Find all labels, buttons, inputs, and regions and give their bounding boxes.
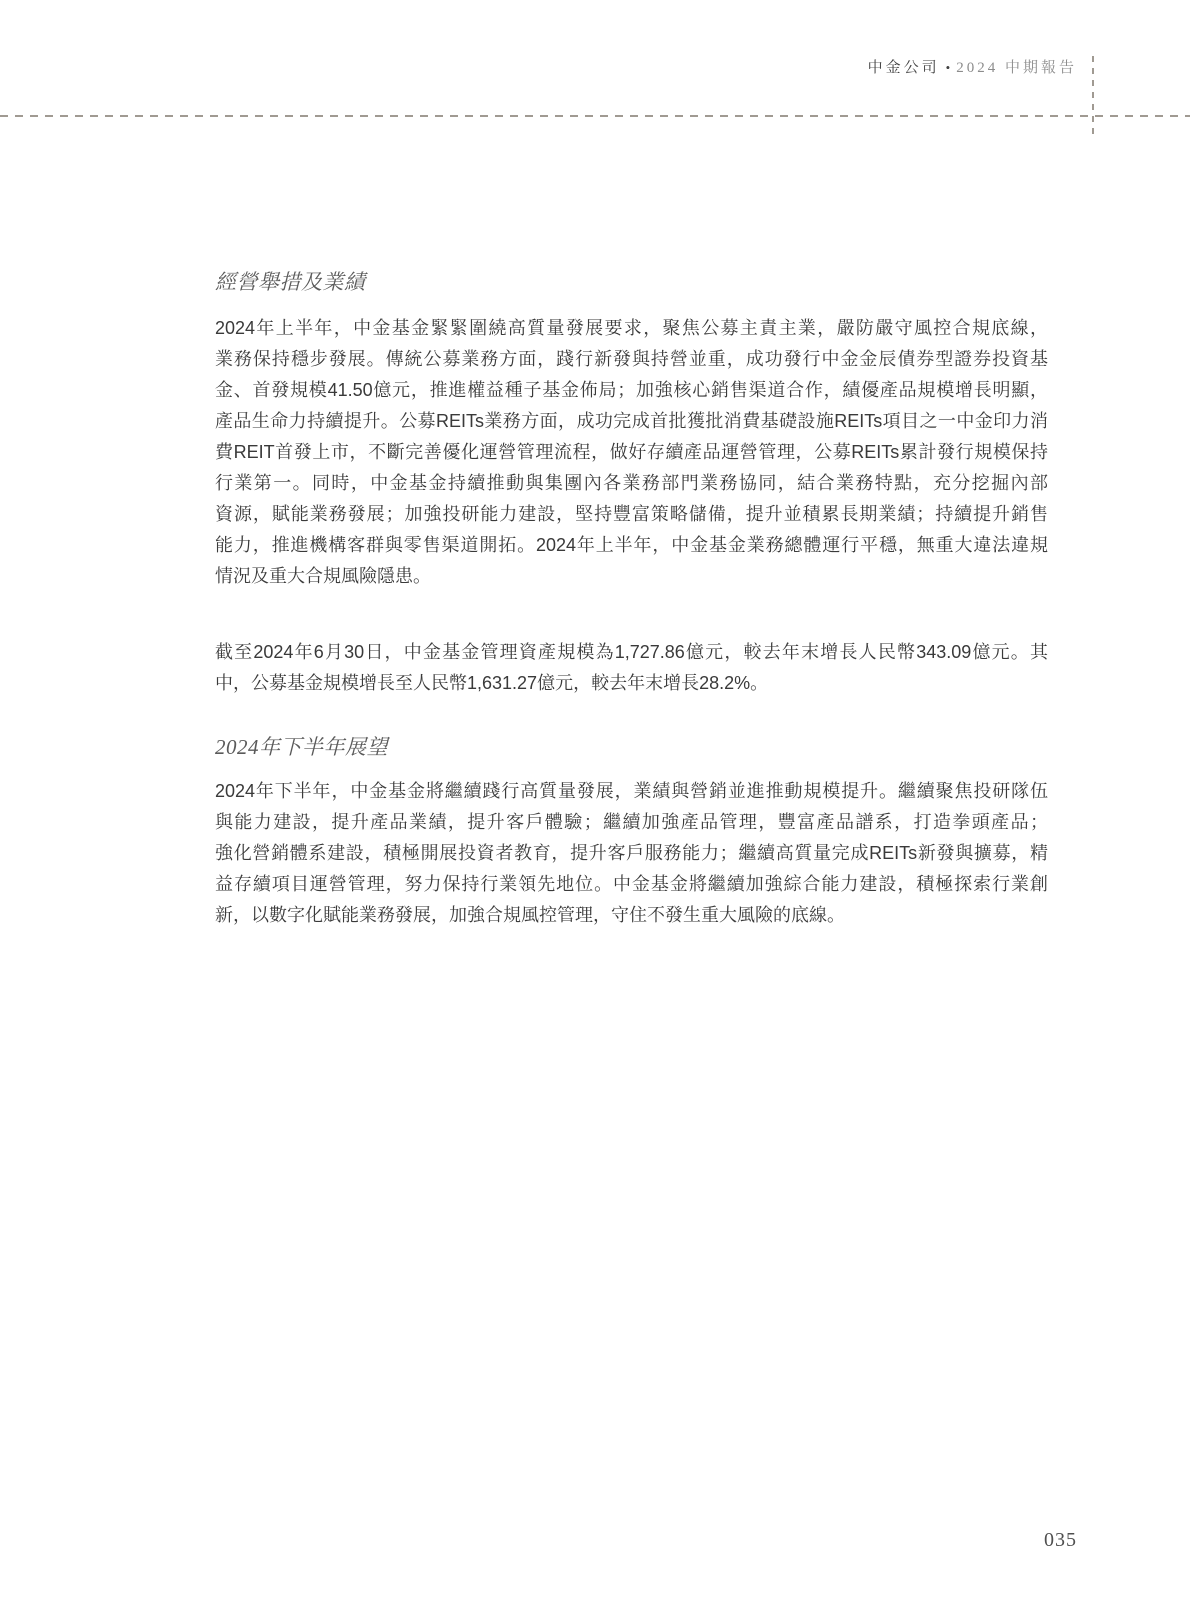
text-line: 2024年上半年，中金基金緊緊圍繞高質量發展要求，聚焦公募主責主業，嚴防嚴守風控… — [215, 313, 1048, 344]
running-header: 中金公司•2024 中期報告 — [0, 58, 1077, 78]
page-number: 035 — [1044, 1529, 1077, 1552]
text-line: 能力，推進機構客群與零售渠道開拓。2024年上半年，中金基金業務總體運行平穩，無… — [215, 530, 1048, 561]
company-name: 中金公司 — [868, 60, 940, 76]
report-title: 2024 中期報告 — [956, 60, 1077, 76]
section-heading-operations: 經營舉措及業績 — [215, 266, 366, 296]
text-line: 2024年下半年，中金基金將繼續踐行高質量發展，業績與營銷並進推動規模提升。繼續… — [215, 776, 1048, 807]
text-line: 截至2024年6月30日，中金基金管理資產規模為1,727.86億元，較去年末增… — [215, 637, 1048, 668]
text-line: 新，以數字化賦能業務發展，加強合規風控管理，守住不發生重大風險的底線。 — [215, 900, 1048, 931]
paragraph-outlook: 2024年下半年，中金基金將繼續踐行高質量發展，業績與營銷並進推動規模提升。繼續… — [215, 776, 1048, 931]
text-line: 業務保持穩步發展。傳統公募業務方面，踐行新發與持營並重，成功發行中金金辰債券型證… — [215, 344, 1048, 375]
section-heading-outlook: 2024年下半年展望 — [215, 731, 388, 761]
text-line: 情況及重大合規風險隱患。 — [215, 561, 1048, 592]
header-separator-dot: • — [940, 60, 957, 75]
text-line: 資源，賦能業務發展；加強投研能力建設，堅持豐富策略儲備，提升並積累長期業績；持續… — [215, 499, 1048, 530]
text-line: 金、首發規模41.50億元，推進權益種子基金佈局；加強核心銷售渠道合作，績優產品… — [215, 375, 1048, 406]
horizontal-dashed-rule — [0, 115, 1190, 117]
text-line: 費REIT首發上市，不斷完善優化運營管理流程，做好存續產品運營管理，公募REIT… — [215, 437, 1048, 468]
report-page: 中金公司•2024 中期報告 經營舉措及業績 2024年上半年，中金基金緊緊圍繞… — [0, 0, 1190, 1615]
text-line: 行業第一。同時，中金基金持續推動與集團內各業務部門業務協同，結合業務特點，充分挖… — [215, 468, 1048, 499]
text-line: 中，公募基金規模增長至人民幣1,631.27億元，較去年末增長28.2%。 — [215, 668, 1048, 699]
text-line: 產品生命力持續提升。公募REITs業務方面，成功完成首批獲批消費基礎設施REIT… — [215, 406, 1048, 437]
text-line: 益存續項目運營管理，努力保持行業領先地位。中金基金將繼續加強綜合能力建設，積極探… — [215, 869, 1048, 900]
paragraph-operations-overview: 2024年上半年，中金基金緊緊圍繞高質量發展要求，聚焦公募主責主業，嚴防嚴守風控… — [215, 313, 1048, 592]
text-line: 強化營銷體系建設，積極開展投資者教育，提升客戶服務能力；繼續高質量完成REITs… — [215, 838, 1048, 869]
text-line: 與能力建設，提升產品業績，提升客戶體驗；繼續加強產品管理，豐富產品譜系，打造拳頭… — [215, 807, 1048, 838]
paragraph-aum-figures: 截至2024年6月30日，中金基金管理資產規模為1,727.86億元，較去年末增… — [215, 637, 1048, 699]
vertical-dashed-rule — [1092, 56, 1094, 134]
